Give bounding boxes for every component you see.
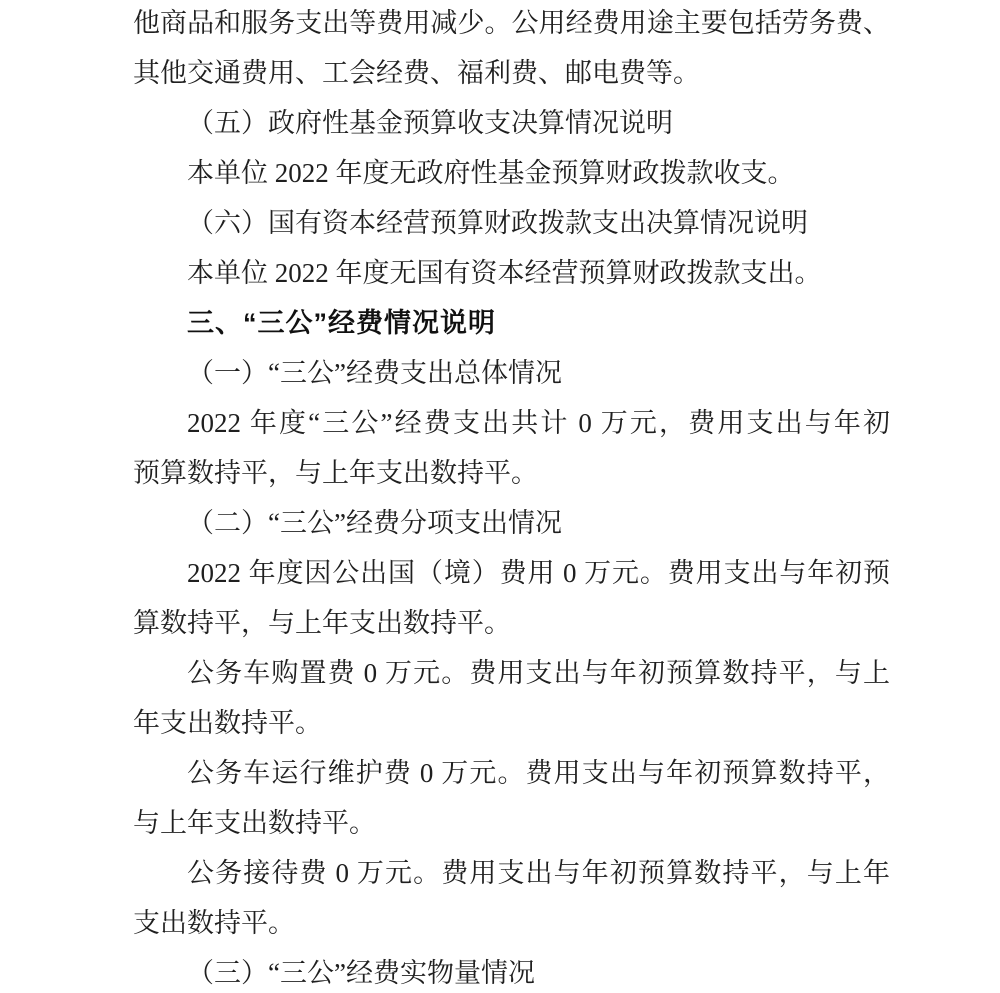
section-heading-5: （五）政府性基金预算收支决算情况说明 — [133, 98, 890, 148]
text-line: 2022 年度因公出国（境）费用 0 万元。费用支出与年初预 — [133, 548, 890, 598]
text-line: 预算数持平，与上年支出数持平。 — [133, 448, 890, 498]
text-line: 他商品和服务支出等费用减少。公用经费用途主要包括劳务费、 — [133, 0, 890, 48]
text-line: 2022 年度“三公”经费支出共计 0 万元，费用支出与年初 — [133, 398, 890, 448]
text-line: 本单位 2022 年度无国有资本经营预算财政拨款支出。 — [133, 248, 890, 298]
document-page: 他商品和服务支出等费用减少。公用经费用途主要包括劳务费、 其他交通费用、工会经费… — [0, 0, 1000, 993]
section-heading-3: （三）“三公”经费实物量情况 — [133, 948, 890, 993]
text-line: 年支出数持平。 — [133, 698, 890, 748]
text-line: 支出数持平。 — [133, 898, 890, 948]
section-heading-6: （六）国有资本经营预算财政拨款支出决算情况说明 — [133, 198, 890, 248]
section-heading-1: （一）“三公”经费支出总体情况 — [133, 348, 890, 398]
text-line: 其他交通费用、工会经费、福利费、邮电费等。 — [133, 48, 890, 98]
text-line: 公务车购置费 0 万元。费用支出与年初预算数持平，与上 — [133, 648, 890, 698]
document-text-block: 他商品和服务支出等费用减少。公用经费用途主要包括劳务费、 其他交通费用、工会经费… — [133, 0, 890, 993]
text-line: 算数持平，与上年支出数持平。 — [133, 598, 890, 648]
chapter-heading-3: 三、“三公”经费情况说明 — [133, 298, 890, 348]
text-line: 公务接待费 0 万元。费用支出与年初预算数持平，与上年 — [133, 848, 890, 898]
text-line: 公务车运行维护费 0 万元。费用支出与年初预算数持平， — [133, 748, 890, 798]
text-line: 与上年支出数持平。 — [133, 798, 890, 848]
text-line: 本单位 2022 年度无政府性基金预算财政拨款收支。 — [133, 148, 890, 198]
section-heading-2: （二）“三公”经费分项支出情况 — [133, 498, 890, 548]
